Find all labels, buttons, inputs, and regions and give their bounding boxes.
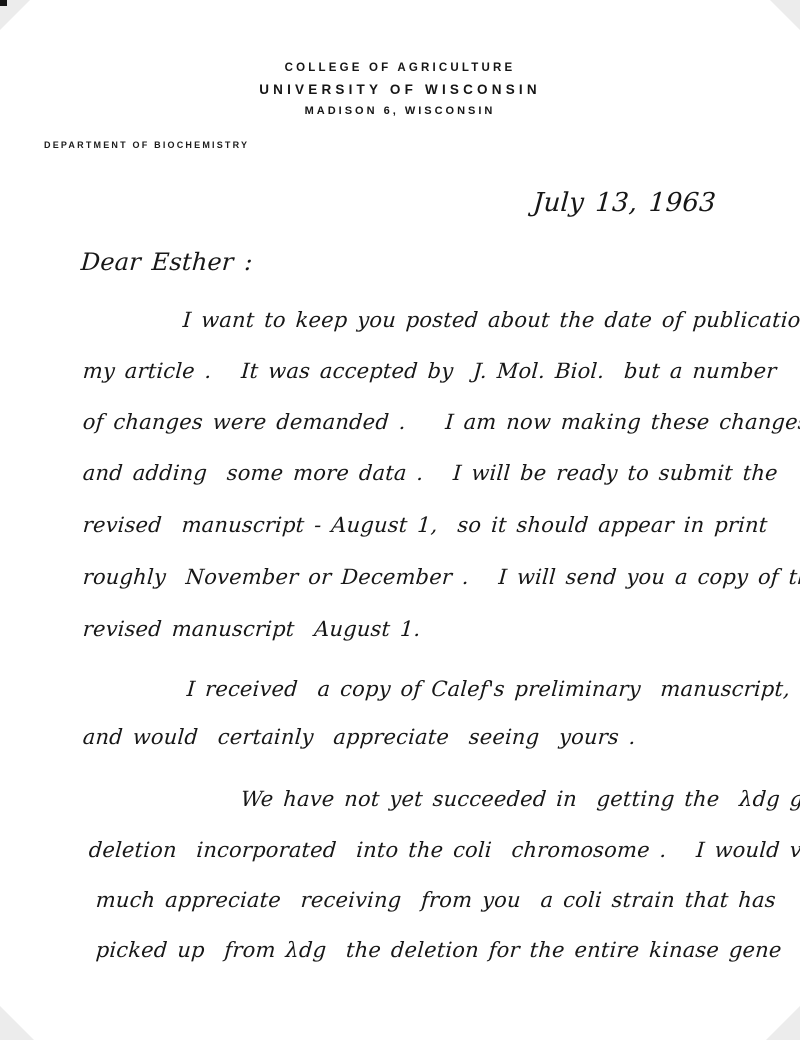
page-corner-bottom-right <box>766 1006 800 1040</box>
letter-line: of changes were demanded . I am now maki… <box>82 410 800 434</box>
letter-line: We have not yet succeeded in getting the… <box>240 787 800 811</box>
letterhead-city: MADISON 6, WISCONSIN <box>0 105 800 117</box>
letter-salutation: Dear Esther : <box>80 248 254 276</box>
letter-line: roughly November or December . I will se… <box>82 565 800 589</box>
letterhead-university: UNIVERSITY OF WISCONSIN <box>0 82 800 97</box>
page-corner-bottom-left <box>0 1006 34 1040</box>
scan-artifact <box>0 0 7 6</box>
letter-line: I want to keep you posted about the date… <box>182 308 800 332</box>
letter-line: revised manuscript - August 1, so it sho… <box>82 513 768 537</box>
page-corner-top-right <box>770 0 800 30</box>
letter-page: COLLEGE OF AGRICULTURE UNIVERSITY OF WIS… <box>0 0 800 1040</box>
letter-line: and would certainly appreciate seeing yo… <box>82 725 637 749</box>
letter-line: much appreciate receiving from you a col… <box>95 888 777 912</box>
letter-line: revised manuscript August 1. <box>82 617 421 641</box>
letter-line: and adding some more data . I will be re… <box>82 461 779 485</box>
letter-line: picked up from λdg the deletion for the … <box>95 938 783 962</box>
letter-date: July 13, 1963 <box>532 188 717 218</box>
letter-line: deletion incorporated into the coli chro… <box>88 838 800 862</box>
letter-line: my article . It was accepted by J. Mol. … <box>82 359 777 383</box>
letter-line: I received a copy of Calef's preliminary… <box>186 677 791 701</box>
letterhead-college: COLLEGE OF AGRICULTURE <box>0 62 800 74</box>
letterhead-department: DEPARTMENT OF BIOCHEMISTRY <box>44 140 249 150</box>
